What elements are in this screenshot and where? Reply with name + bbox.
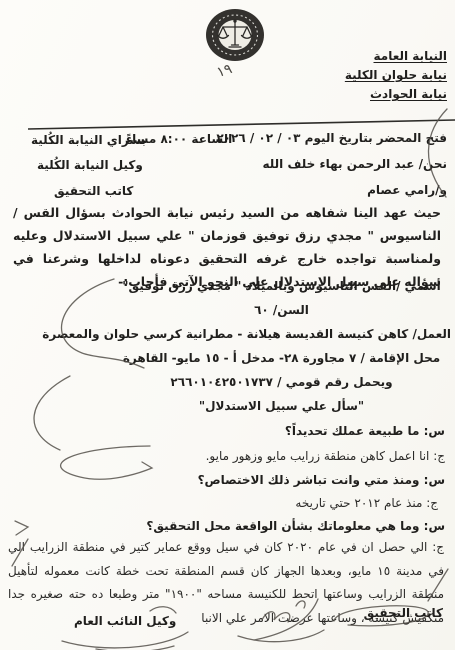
question-line: س: وما هي معلوماتك بشأن الواقعة محل التح… [146, 519, 445, 534]
org-title-line-3: نيابة الحوادث [370, 87, 447, 102]
org-title-line-1: النيابة العامة [374, 49, 448, 64]
witness-national-id: ويحمل رقم قومي / ٢٦٦٠١٠٤٢٥٠١٧٣٧ [112, 375, 451, 389]
officer-title: وكيل النيابة الكُلية [37, 158, 143, 173]
scales-of-justice-seal-icon [203, 8, 267, 62]
witness-occupation: العمل/ كاهن كنيسة القديسة هيلانة - مطران… [112, 327, 451, 341]
scanned-prosecution-report-page: ١٩ النيابة العامة نيابة حلوان الكلية نيا… [0, 0, 455, 650]
record-location: بسراي النيابة الكُلية [31, 133, 146, 148]
clerk-name-line: و/رامي عصام [367, 183, 447, 198]
record-date-line: فتح المحضر بتاريخ اليوم ٠٣ / ٠٢ / ٢٠٢٦ [216, 131, 447, 146]
answer-line: ج: انا اعمل كاهن منطقة زرايب مايو وزهور … [206, 449, 445, 464]
witness-name: أسمي /القس الناسيوس وبالميلاد " مجدي رزق… [112, 279, 451, 293]
witness-residence: محل الإقامة / ٧ مجاورة ٢٨- مدخل أ - ١٥ م… [112, 351, 451, 365]
officer-name-line: نحن/ عبد الرحمن بهاء خلف الله [262, 157, 447, 172]
org-title-line-2: نيابة حلوان الكلية [345, 68, 447, 83]
question-line: س: ما طبيعة عملك تحديداً؟ [285, 424, 445, 439]
answer-line: ج: منذ عام ٢٠١٢ حتي تاريخه [295, 496, 438, 511]
handwritten-page-number: ١٩ [215, 61, 234, 81]
witness-age: السن/ ٦٠ [112, 303, 451, 317]
footer-clerk-label: كاتب التحقيق [364, 606, 443, 621]
footer-deputy-label: وكيل النائب العام [74, 614, 176, 629]
clerk-title: كاتب التحقيق [54, 184, 133, 199]
question-line: س: ومنذ متي وانت تباشر ذلك الاختصاص؟ [198, 473, 445, 488]
statement-oath-note: "سأل علي سبيل الاستدلال" [112, 399, 451, 413]
